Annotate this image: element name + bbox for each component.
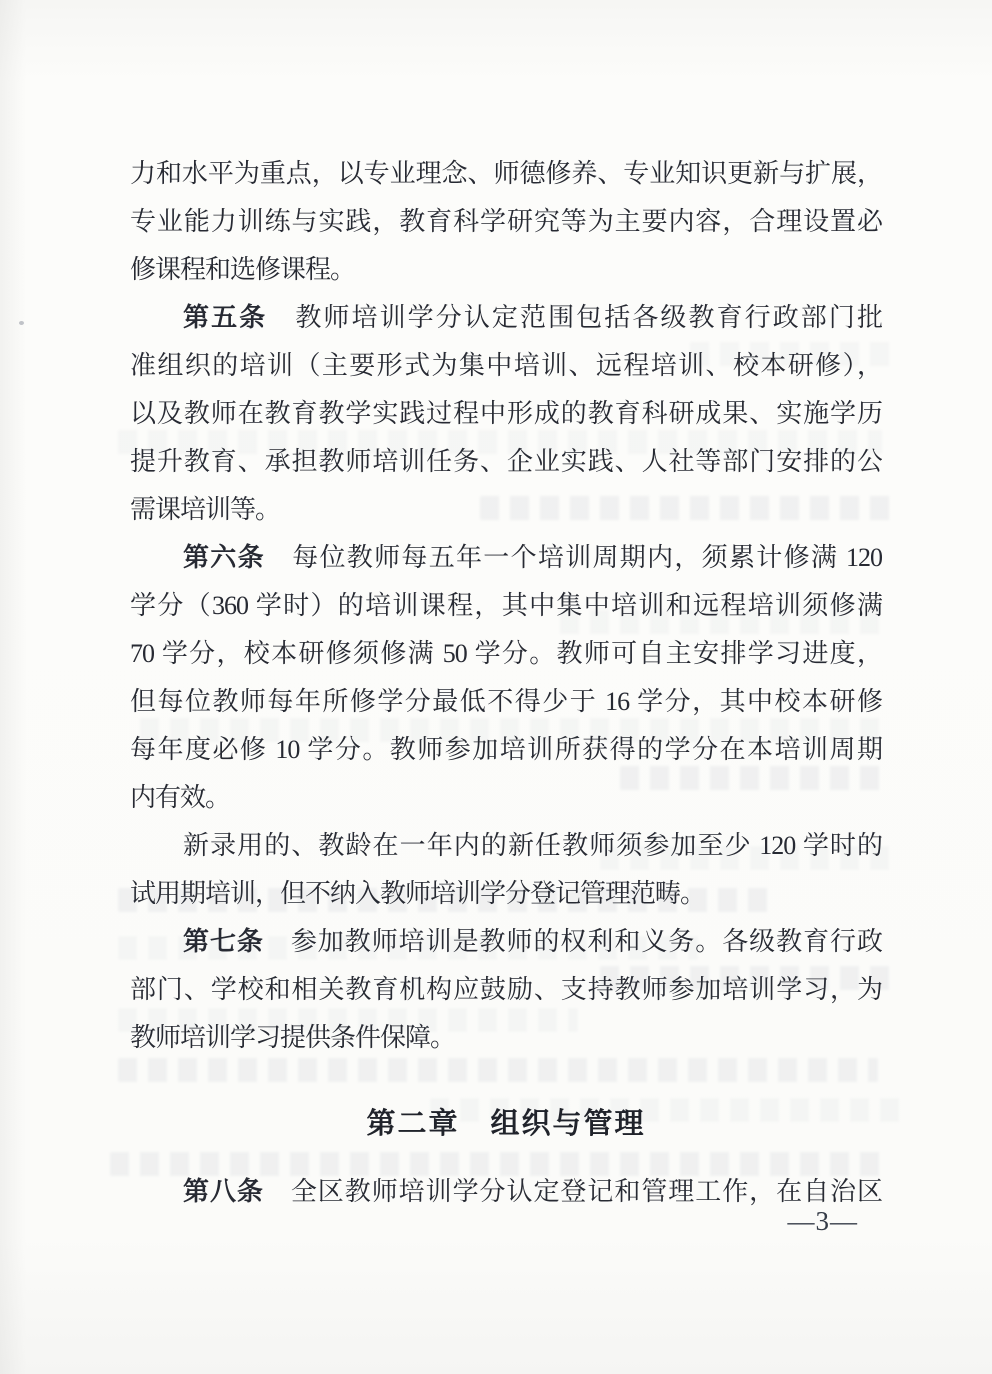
body-line: 第六条 每位教师每五年一个培训周期内，须累计修满 120 — [130, 534, 882, 582]
body-line: 需课培训等。 — [130, 486, 882, 534]
chapter-heading: 第二章 组织与管理 — [130, 1100, 882, 1148]
body-line: 学分（360 学时）的培训课程，其中集中培训和远程培训须修满 — [130, 582, 882, 630]
page-number: —3— — [788, 1206, 859, 1237]
body-line: 每年度必修 10 学分。教师参加培训所获得的学分在本培训周期 — [130, 726, 882, 774]
line-text: 每位教师每五年一个培训周期内，须累计修满 120 — [265, 543, 882, 572]
body-line: 专业能力训练与实践，教育科学研究等为主要内容，合理设置必 — [130, 198, 882, 246]
body-line: 部门、学校和相关教育机构应鼓励、支持教师参加培训学习，为 — [130, 966, 882, 1014]
scan-speck — [19, 321, 24, 325]
body-line: 力和水平为重点，以专业理念、师德修养、专业知识更新与扩展， — [130, 150, 882, 198]
document-body: 力和水平为重点，以专业理念、师德修养、专业知识更新与扩展， 专业能力训练与实践，… — [130, 150, 882, 1216]
body-line: 第七条 参加教师培训是教师的权利和义务。各级教育行政 — [130, 918, 882, 966]
body-line: 但每位教师每年所修学分最低不得少于 16 学分，其中校本研修 — [130, 678, 882, 726]
body-line: 准组织的培训（主要形式为集中培训、远程培训、校本研修）， — [130, 342, 882, 390]
article-number: 第六条 — [183, 543, 265, 572]
body-line: 试用期培训，但不纳入教师培训学分登记管理范畴。 — [130, 870, 882, 918]
line-text: 教师培训学分认定范围包括各级教育行政部门批 — [267, 303, 882, 332]
line-text: 全区教师培训学分认定登记和管理工作，在自治区 — [264, 1177, 882, 1206]
body-line: 以及教师在教育教学实践过程中形成的教育科研成果、实施学历 — [130, 390, 882, 438]
body-line: 修课程和选修课程。 — [130, 246, 882, 294]
line-text: 参加教师培训是教师的权利和义务。各级教育行政 — [264, 927, 882, 956]
body-line: 提升教育、承担教师培训任务、企业实践、人社等部门安排的公 — [130, 438, 882, 486]
body-line: 新录用的、教龄在一年内的新任教师须参加至少 120 学时的 — [130, 822, 882, 870]
body-line: 第五条 教师培训学分认定范围包括各级教育行政部门批 — [130, 294, 882, 342]
body-line: 教师培训学习提供条件保障。 — [130, 1014, 882, 1062]
article-number: 第八条 — [183, 1177, 264, 1206]
article-number: 第七条 — [183, 927, 264, 956]
body-line: 内有效。 — [130, 774, 882, 822]
body-line: 70 学分，校本研修须修满 50 学分。教师可自主安排学习进度， — [130, 630, 882, 678]
document-page: 力和水平为重点，以专业理念、师德修养、专业知识更新与扩展， 专业能力训练与实践，… — [0, 0, 992, 1374]
body-line: 第八条 全区教师培训学分认定登记和管理工作，在自治区 — [130, 1168, 882, 1216]
article-number: 第五条 — [183, 303, 267, 332]
